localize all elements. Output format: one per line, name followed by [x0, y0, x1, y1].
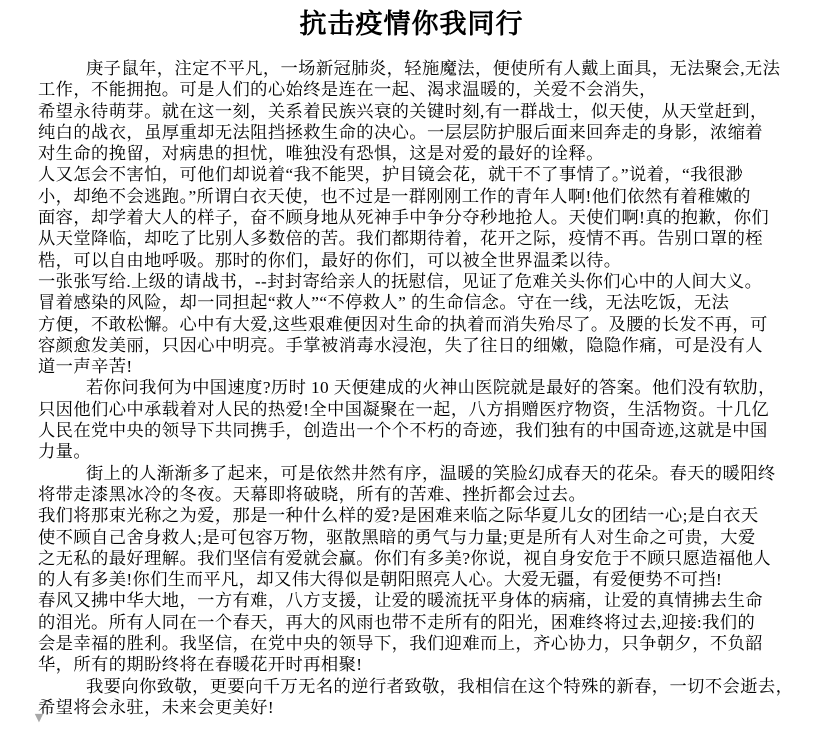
- text-line: 会是幸福的胜利。我坚信，在党中央的领导下，我们迎难而上，齐心协力，只争朝夕，不负…: [38, 633, 789, 654]
- text-line: 方便，不敢松懈。心中有大爱,这些艰难便因对生命的执着而消失殆尽了。及腰的长发不再…: [38, 314, 789, 335]
- text-line: 从天堂降临，却吃了比别人多数倍的苦。我们都期待着，花开之际，疫情不再。告别口罩的…: [38, 228, 789, 249]
- text-line: 对生命的挽留，对病患的担忧，唯独没有恐惧，这是对爱的最好的诠释。: [38, 143, 789, 164]
- text-line: 希望永待萌芽。就在这一刻，关系着民族兴衰的关键时刻,有一群战士，似天使，从天堂赶…: [38, 101, 789, 122]
- text-line: 道一声辛苦!: [38, 356, 789, 377]
- text-line: 将带走漆黑冰冷的冬夜。天幕即将破晓，所有的苦难、挫折都会过去。: [38, 484, 789, 505]
- text-line: 庚子鼠年，注定不平凡，一场新冠肺炎，轻施魔法，便使所有人戴上面具，无法聚会,无法: [38, 58, 789, 79]
- text-line: 工作，不能拥抱。可是人们的心始终是连在一起、渴求温暖的，关爱不会消失，: [38, 79, 789, 100]
- text-line: 只因他们心中承载着对人民的热爱!全中国凝聚在一起，八方捐赠医疗物资，生活物资。十…: [38, 399, 789, 420]
- text-line: 之无私的最好理解。我们坚信有爱就会赢。你们有多美?你说，视自身安危于不顾只愿造福…: [38, 548, 789, 569]
- text-line: 力量。: [38, 441, 789, 462]
- text-line: 人又怎会不害怕，可他们却说着“我不能哭，护目镜会花，就干不了事情了。”说着，“我…: [38, 164, 789, 185]
- text-line: 面容，却学着大人的样子，奋不顾身地从死神手中争分夺秒地抢人。天使们啊!真的抱歉，…: [38, 207, 789, 228]
- text-line: 我们将那束光称之为爱，那是一种什么样的爱?是困难来临之际华夏儿女的团结一心;是白…: [38, 505, 789, 526]
- document-page: 抗击疫情你我同行 庚子鼠年，注定不平凡，一场新冠肺炎，轻施魔法，便使所有人戴上面…: [0, 7, 823, 739]
- text-line: 小，却绝不会逃跑。”所谓白衣天使，也不过是一群刚刚工作的青年人啊!他们依然有着稚…: [38, 186, 789, 207]
- text-line: 的人有多美!你们生而平凡，却又伟大得似是朝阳照亮人心。大爱无疆，有爱便势不可挡!: [38, 569, 789, 590]
- text-line: 希望将会永驻，未来会更美好!: [38, 697, 789, 718]
- text-line: 人民在党中央的领导下共同携手，创造出一个个不朽的奇迹，我们独有的中国奇迹,这就是…: [38, 420, 789, 441]
- text-line: 春风又拂中华大地，一方有难，八方支援，让爱的暖流抚平身体的病痛，让爱的真情拂去生…: [38, 590, 789, 611]
- text-line: 街上的人渐渐多了起来，可是依然井然有序，温暖的笑脸幻成春天的花朵。春天的暖阳终: [38, 463, 789, 484]
- text-line: 若你问我何为中国速度?历时 10 天便建成的火神山医院就是最好的答案。他们没有软…: [38, 377, 789, 398]
- text-line: 我要向你致敬，更要向千万无名的逆行者致敬，我相信在这个特殊的新春，一切不会逝去，: [38, 676, 789, 697]
- document-title: 抗击疫情你我同行: [0, 7, 823, 41]
- text-line: 纯白的战衣，虽厚重却无法阻挡拯救生命的决心。一层层防护服后面来回奔走的身影，浓缩…: [38, 122, 789, 143]
- document-body: 庚子鼠年，注定不平凡，一场新冠肺炎，轻施魔法，便使所有人戴上面具，无法聚会,无法…: [0, 58, 823, 718]
- text-line: 华，所有的期盼终将在春暖花开时再相聚!: [38, 654, 789, 675]
- text-line: 一张张写给.上级的请战书，--封封寄给亲人的抚慰信，见证了危难关头你们心中的人间…: [38, 271, 789, 292]
- text-line: 冒着感染的风险，却一同担起“救人”“不停救人” 的生命信念。守在一线，无法吃饭，…: [38, 292, 789, 313]
- text-line: 梏，可以自由地呼吸。那时的你们，最好的你们，可以被全世界温柔以待。: [38, 250, 789, 271]
- down-triangle-icon: ▼: [30, 711, 48, 725]
- text-line: 使不顾自己舍身救人;是可包容万物，驱散黑暗的勇气与力量;更是所有人对生命之可贵，…: [38, 527, 789, 548]
- text-line: 的泪光。所有人同在一个春天，再大的风雨也带不走所有的阳光，困难终将过去,迎接:我…: [38, 612, 789, 633]
- text-line: 容颜愈发美丽，只因心中明亮。手掌被消毒水浸泡，失了往日的细嫩，隐隐作痛，可是没有…: [38, 335, 789, 356]
